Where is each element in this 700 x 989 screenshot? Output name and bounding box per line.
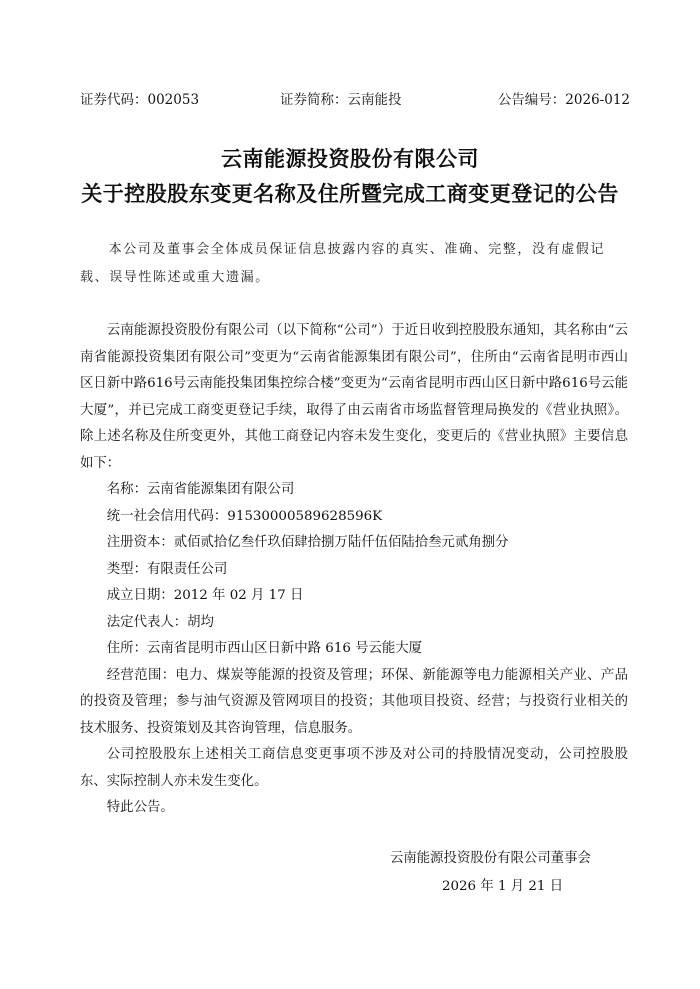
statement-paragraph: 公司控股股东上述相关工商信息变更事项不涉及对公司的持股情况变动，公司控股股东、实… bbox=[80, 742, 628, 795]
security-abbreviation: 证券简称：云南能投 bbox=[280, 88, 402, 108]
info-credit-code: 统一社会信用代码：91530000589628596K bbox=[80, 504, 628, 531]
info-legal-representative: 法定代表人：胡均 bbox=[80, 610, 628, 637]
closing-line: 特此公告。 bbox=[80, 795, 628, 822]
announcement-body: 云南能源投资股份有限公司（以下简称“公司”）于近日收到控股股东通知，其名称由“云… bbox=[80, 318, 628, 822]
intro-paragraph: 云南能源投资股份有限公司（以下简称“公司”）于近日收到控股股东通知，其名称由“云… bbox=[80, 318, 628, 477]
document-header: 证券代码：002053 证券简称：云南能投 公告编号：2026-012 bbox=[80, 88, 630, 110]
board-guarantee-notice: 本公司及董事会全体成员保证信息披露内容的真实、准确、完整，没有虚假记载、误导性陈… bbox=[80, 236, 628, 292]
announcement-title: 关于控股股东变更名称及住所暨完成工商变更登记的公告 bbox=[0, 178, 700, 208]
info-registered-capital: 注册资本：贰佰贰拾亿叁仟玖佰肆拾捌万陆仟伍佰陆拾叁元贰角捌分 bbox=[80, 530, 628, 557]
info-address: 住所：云南省昆明市西山区日新中路 616 号云能大厦 bbox=[80, 636, 628, 663]
business-scope-paragraph: 经营范围：电力、煤炭等能源的投资及管理；环保、新能源等电力能源相关产业、产品的投… bbox=[80, 663, 628, 743]
info-name: 名称：云南省能源集团有限公司 bbox=[80, 477, 628, 504]
announcement-number: 公告编号：2026-012 bbox=[498, 88, 630, 108]
security-code: 证券代码：002053 bbox=[80, 88, 199, 108]
signature-organization: 云南能源投资股份有限公司董事会 bbox=[390, 847, 591, 866]
signature-date: 2026 年 1 月 21 日 bbox=[442, 875, 563, 894]
info-type: 类型：有限责任公司 bbox=[80, 557, 628, 584]
info-established-date: 成立日期：2012 年 02 月 17 日 bbox=[80, 583, 628, 610]
company-title: 云南能源投资股份有限公司 bbox=[0, 143, 700, 173]
